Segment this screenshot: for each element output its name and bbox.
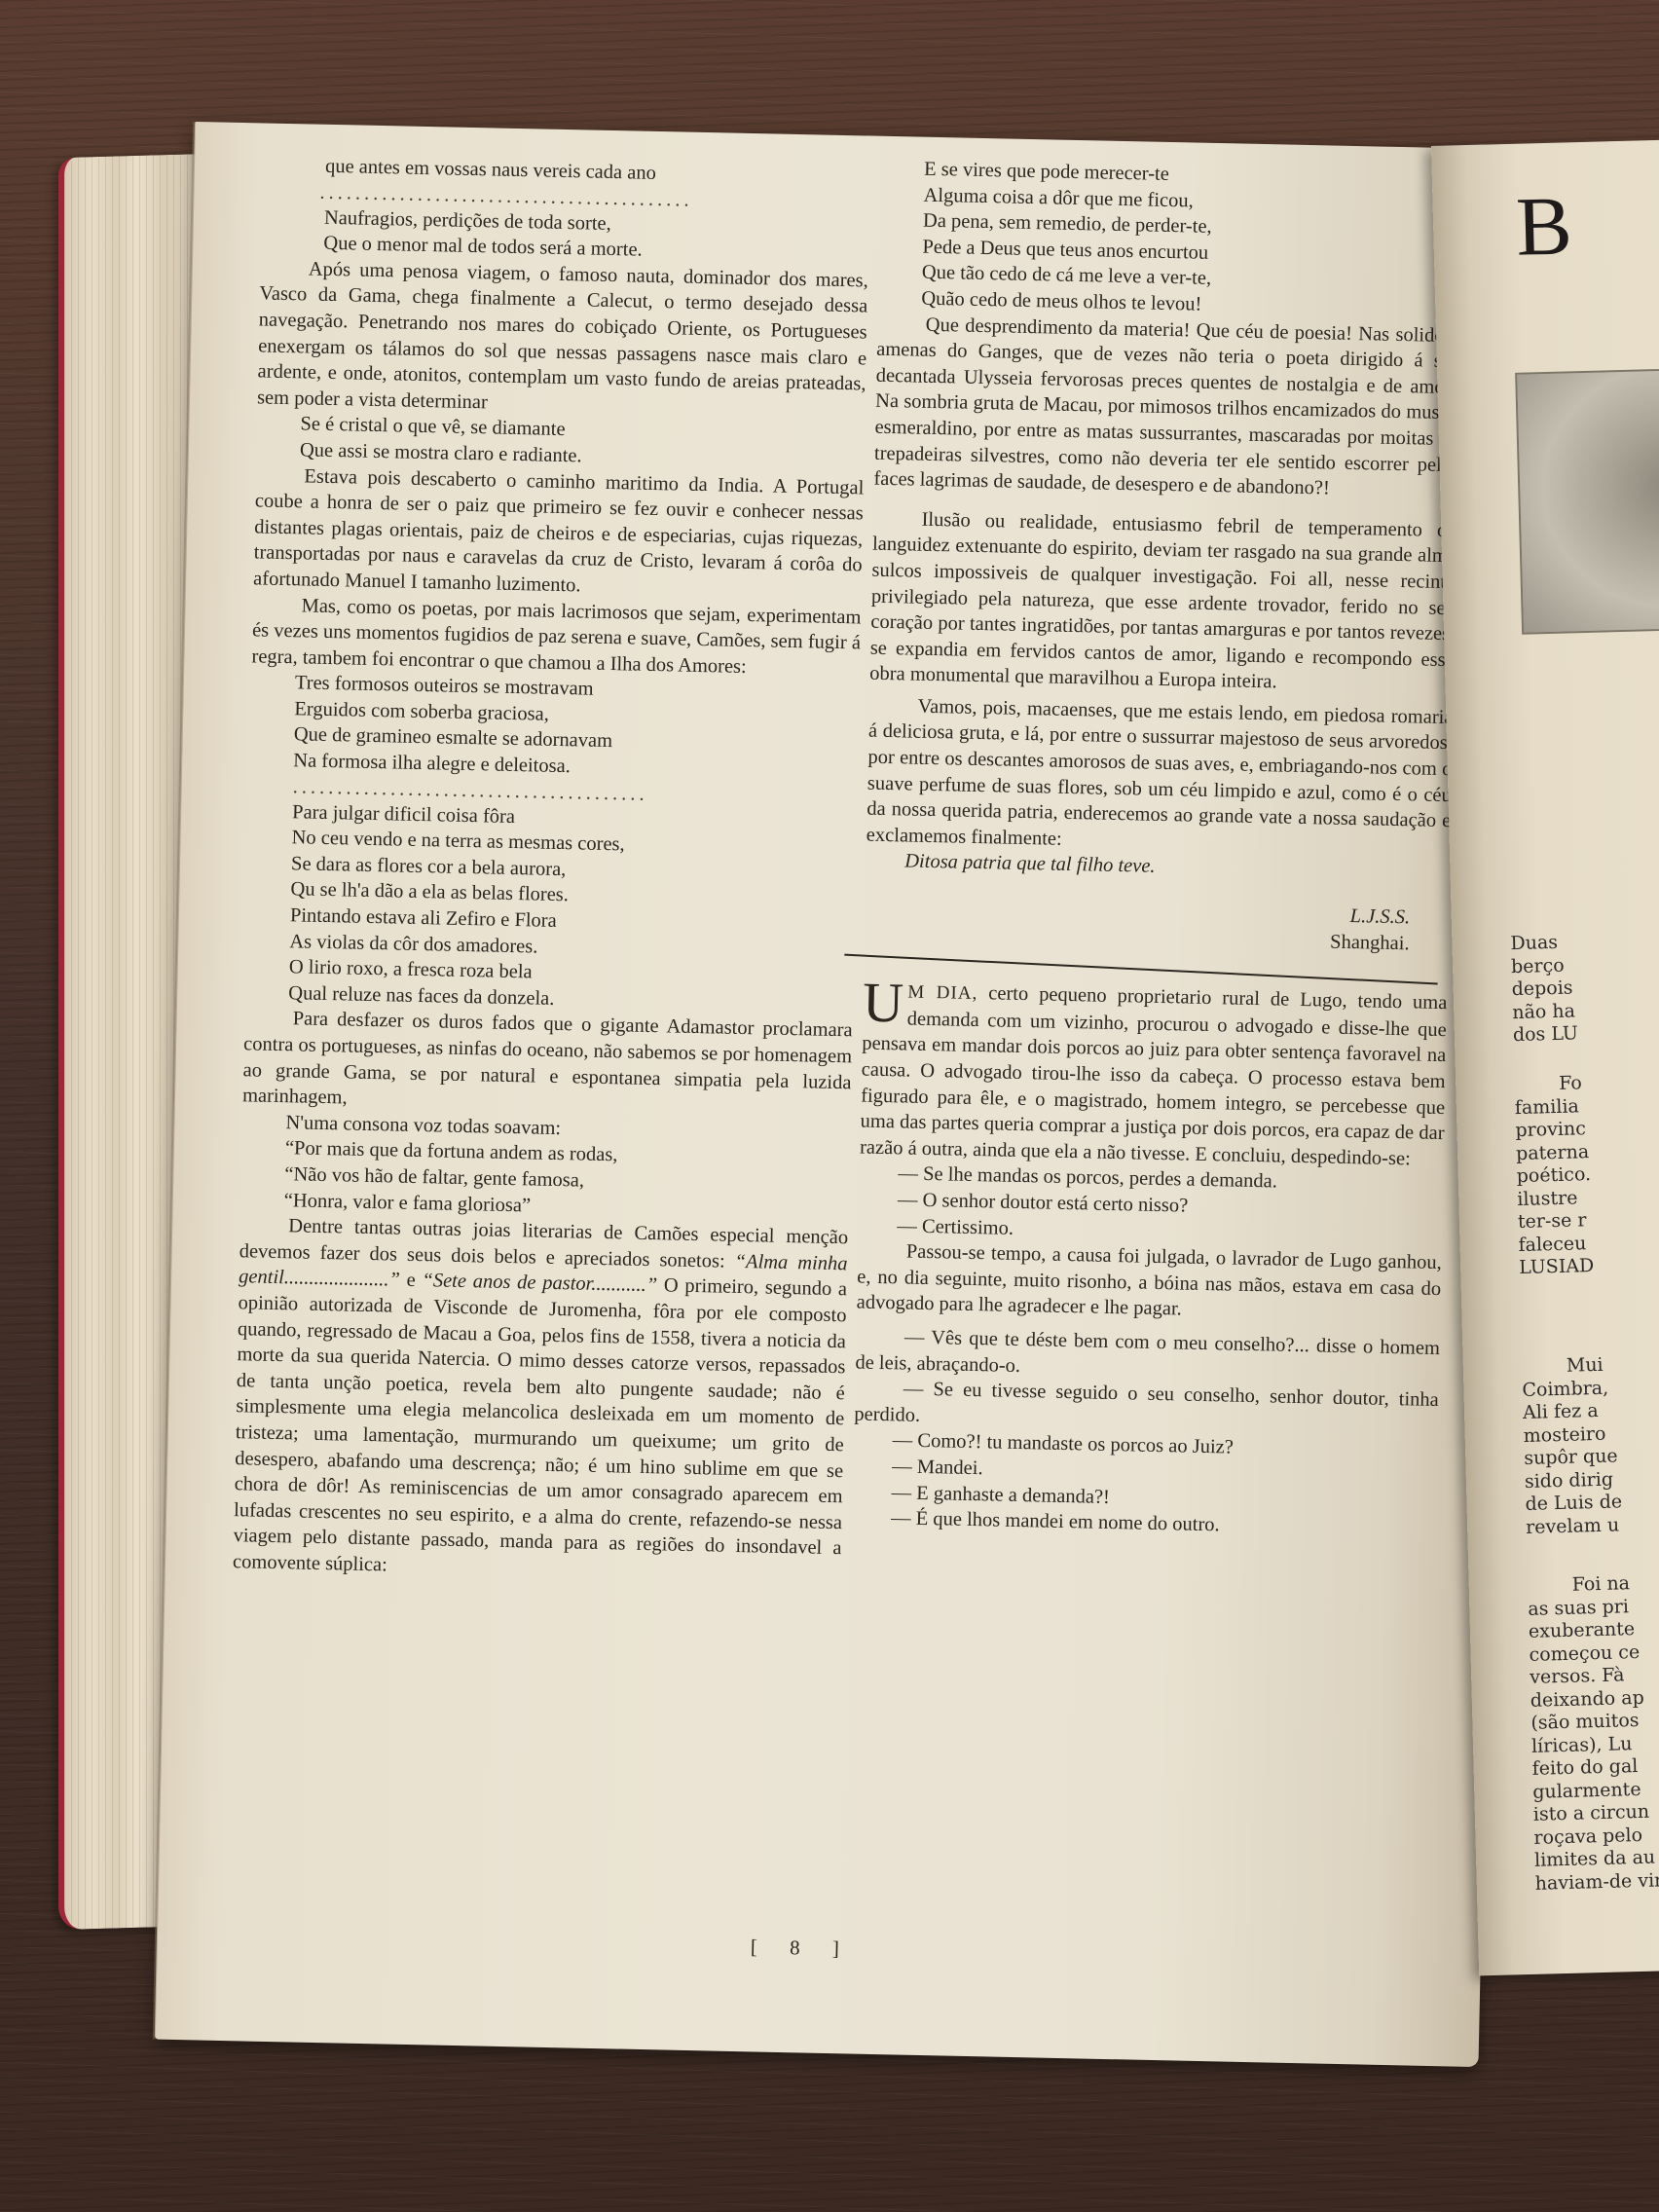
anecdote-section: UM DIA, certo pequeno proprietario rural… — [852, 978, 1448, 1543]
paragraph-text: e — [400, 1270, 423, 1291]
paragraph: Estava pois descaberto o caminho maritim… — [253, 462, 865, 605]
text-fragment-block: Mui Coimbra, Ali fez a mosteiro supôr qu… — [1522, 1349, 1659, 1539]
paragraph: Que desprendimento da materia! Que céu d… — [873, 311, 1461, 504]
paragraph: Passou-se tempo, a causa foi julgada, o … — [856, 1238, 1442, 1328]
text-column-right: E se vires que pode merecer-te Alguma co… — [852, 156, 1464, 1543]
text-line: Duas — [1510, 926, 1659, 955]
paragraph: Ilusão ou realidade, entusiasmo febril d… — [869, 505, 1457, 699]
text-column-left: que antes em vossas naus vereis cada ano… — [233, 152, 870, 1587]
heading-letter: B — [1515, 176, 1573, 275]
paragraph: Após uma penosa viagem, o famoso nauta, … — [257, 255, 868, 424]
paragraph: Vamos, pois, macaenses, que me estais le… — [866, 693, 1454, 861]
paragraph-text: O primeiro, segundo a opinião autorizada… — [233, 1275, 847, 1576]
paragraph-sonnets: Dentre tantas outras joias literarias de… — [233, 1212, 849, 1587]
text-fragment-block: Fo familia provinc paterna poético. ilus… — [1514, 1067, 1659, 1279]
sonnet-title: “Sete anos de pastor...........” — [422, 1270, 657, 1296]
text-line: Foi na — [1527, 1568, 1659, 1598]
text-line: Fo — [1514, 1067, 1659, 1096]
lead-in-caps: M DIA, — [907, 982, 977, 1005]
paragraph: Para desfazer os duros fados que o gigan… — [242, 1006, 853, 1122]
text-fragment-block: Duas berço depois não ha dos LU — [1510, 926, 1659, 1047]
drop-cap: U — [863, 980, 908, 1026]
illustration-image — [1515, 366, 1659, 635]
text-line: Mui — [1522, 1349, 1659, 1379]
paragraph-opening: UM DIA, certo pequeno proprietario rural… — [860, 978, 1448, 1173]
paragraph: Mas, como os poetas, por mais lacrimosos… — [251, 592, 862, 682]
paragraph-text: certo pequeno proprietario rural de Lugo… — [860, 982, 1448, 1169]
book-page-left: que antes em vossas naus vereis cada ano… — [155, 122, 1519, 2067]
text-fragment-block: Foi na as suas pri exuberante começou ce… — [1527, 1568, 1659, 1896]
page-number: [ 8 ] — [751, 1935, 854, 1961]
